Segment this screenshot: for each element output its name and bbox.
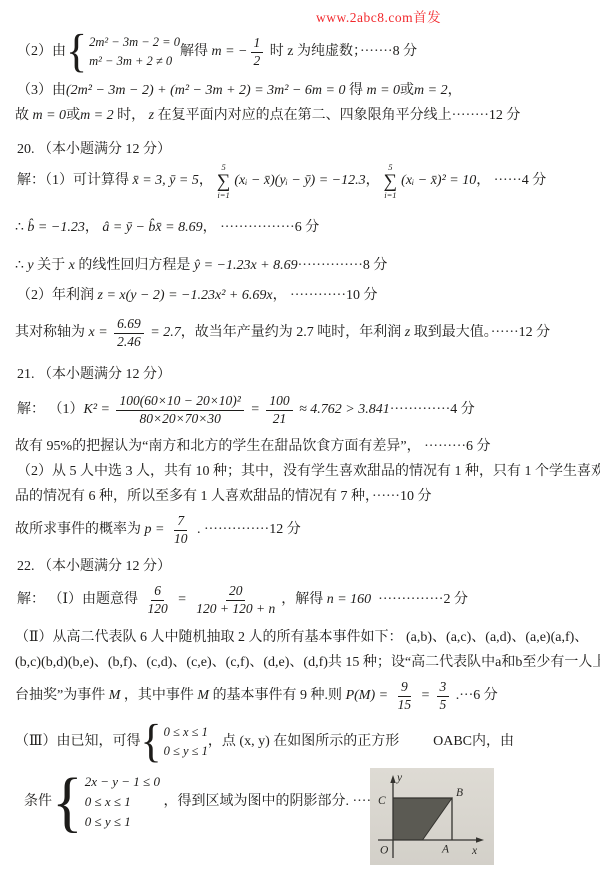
text-run: . ··············12 分 — [193, 521, 300, 539]
text-run: OABC内，由 — [433, 733, 514, 751]
q21-title: 21. （本小题满分 12 分） — [17, 364, 171, 386]
text-run: 在复平面内对应的点在第二、四象限角平分线上········12 分 — [154, 107, 520, 125]
fraction-numerator: 20 — [226, 583, 246, 600]
fraction-numerator: 3 — [437, 679, 450, 696]
fraction: 710 — [171, 513, 191, 546]
q20-line1: 解：（1）可计算得 x̄ = 3, ȳ = 5 ， 5∑i=1 (xᵢ − x̄… — [17, 162, 546, 200]
shaded-region — [393, 798, 452, 840]
text-run: .···6 分 — [452, 687, 498, 705]
math-run: P(M) = — [346, 687, 392, 705]
text-run: ∴ — [15, 219, 27, 237]
text-run: ··············2 分 — [371, 591, 468, 609]
math-run: m = − — [211, 43, 247, 61]
case-row: 0 ≤ y ≤ 1 — [164, 742, 208, 761]
fraction-numerator: 100 — [266, 393, 292, 410]
fraction-numerator: 9 — [398, 679, 411, 696]
answer-sheet-page: www.2abc8.com首发 （2）由 {2m² − 3m − 2 = 0m²… — [0, 0, 600, 892]
text-run: ，解得 — [281, 591, 327, 609]
math-run: â = ȳ − b̂x̄ = 8.69 — [102, 219, 202, 237]
sec19-line2: （2）由 {2m² − 3m − 2 = 0m² − 3m + 2 ≠ 0 解得… — [17, 33, 417, 71]
text-run: 或 — [400, 82, 414, 100]
text-run: （3）由 — [17, 82, 66, 100]
text-run: （2）年利润 — [17, 287, 98, 305]
math-run: p = — [145, 521, 168, 539]
math-run: n = 160 — [327, 591, 371, 609]
sec19-line3: （3）由 (2m² − 3m − 2) + (m² − 3m + 2) = 3m… — [17, 80, 462, 102]
math-run: (2m² − 3m − 2) + (m² − 3m + 2) = 3m² − 6… — [66, 82, 345, 100]
fraction: 10021 — [266, 393, 292, 426]
case-row: m² − 3m + 2 ≠ 0 — [89, 52, 180, 71]
q21-line4: 品的情况有 6 种，所以至多有 1 人喜欢甜品的情况有 7 种，······10… — [15, 486, 431, 508]
q20-line3: ∴ y 关于 x 的线性回归方程是 ŷ = −1.23x + 8.69 ····… — [15, 253, 387, 279]
case-row: 0 ≤ x ≤ 1 — [164, 723, 208, 742]
math-run: M — [197, 687, 209, 705]
fraction-numerator: 7 — [174, 513, 187, 530]
fraction-denominator: 2 — [251, 53, 264, 69]
sigma-icon: ∑ — [384, 172, 398, 191]
equation-system: {2x − y − 1 ≤ 00 ≤ x ≤ 10 ≤ y ≤ 1 — [52, 772, 160, 832]
text-run: 的线性回归方程是 — [75, 257, 194, 275]
q20-line4: （2）年利润 z = x(y − 2) = −1.23x² + 6.69x ， … — [17, 284, 378, 308]
brace-glyph: { — [52, 775, 83, 829]
watermark-text: www.2abc8.com首发 — [316, 6, 441, 26]
q22-line2: （Ⅱ）从高二代表队 6 人中随机抽取 2 人的所有基本事件如下： (a,b)、(… — [15, 627, 588, 649]
brace-glyph: { — [66, 34, 87, 71]
question-title: 21. （本小题满分 12 分） — [17, 366, 171, 384]
label-x-axis: x — [471, 845, 478, 857]
y-axis-arrow-icon — [390, 775, 395, 783]
equation-system: {2m² − 3m − 2 = 0m² − 3m + 2 ≠ 0 — [66, 33, 180, 71]
text-run: ， — [366, 172, 380, 190]
text-run: 解：（1）可计算得 — [17, 172, 133, 190]
text-run: 故所求事件的概率为 — [15, 521, 145, 539]
text-run: ，得到区域为图中的阴影部分. ······9 分 — [160, 793, 405, 811]
math-run: = — [417, 687, 433, 705]
math-run: z = x(y − 2) = −1.23x² + 6.69x — [98, 287, 273, 305]
figure-photo: O A B C x y — [370, 768, 494, 865]
text-run: 关于 — [34, 257, 69, 275]
math-run: M — [109, 687, 121, 705]
summation: 5∑i=1 — [217, 163, 231, 199]
sum-lower-limit: i=1 — [384, 191, 396, 200]
fraction: 35 — [437, 679, 450, 712]
q21-line3: （2）从 5 人中选 3 人，共有 10 种；其中，没有学生喜欢甜品的情况有 1… — [17, 461, 600, 483]
text-run: 解得 — [180, 43, 212, 61]
math-run: ŷ = −1.23x + 8.69 — [194, 257, 298, 275]
case-row: 0 ≤ x ≤ 1 — [85, 792, 160, 812]
text-run: （Ⅱ）从高二代表队 6 人中随机抽取 2 人的所有基本事件如下： (a,b)、(… — [15, 629, 588, 647]
case-row: 2x − y − 1 ≤ 0 — [85, 772, 160, 792]
q20-line5: 其对称轴为 x = 6.692.46 = 2.7 ，故当年产量约为 2.7 吨时… — [15, 313, 550, 353]
fraction-denominator: 21 — [270, 411, 290, 427]
math-run: (xᵢ − x̄)(yᵢ − ȳ) = −12.3 — [234, 172, 365, 190]
fraction-denominator: 120 — [145, 601, 171, 617]
text-run: ， — [448, 82, 462, 100]
text-run: （2）由 — [17, 43, 66, 61]
q22-line5: （Ⅲ）由已知，可得 {0 ≤ x ≤ 10 ≤ y ≤ 1 ，点 (x, y) … — [15, 721, 514, 763]
text-run: ∴ — [15, 257, 27, 275]
q22-line4: 台抽奖”为事件 M ，其中事件 M 的基本事件有 9 种.则 P(M) = 91… — [15, 675, 498, 717]
sigma-icon: ∑ — [217, 172, 231, 191]
text-run: 的基本事件有 9 种.则 — [209, 687, 346, 705]
text-run: ， ······4 分 — [476, 172, 546, 190]
label-y-axis: y — [396, 772, 403, 784]
math-run: m = 0 — [33, 107, 67, 125]
math-run: ≈ 4.762 > 3.841 — [296, 401, 390, 419]
text-run: （2）从 5 人中选 3 人，共有 10 种；其中，没有学生喜欢甜品的情况有 1… — [17, 463, 600, 481]
case-row: 2m² − 3m − 2 = 0 — [89, 33, 180, 52]
fraction-numerator: 6 — [151, 583, 164, 600]
text-run: 台抽奖”为事件 — [15, 687, 109, 705]
text-run: 时 z 为纯虚数；·······8 分 — [266, 43, 417, 61]
summation: 5∑i=1 — [384, 163, 398, 199]
question-title: 20. （本小题满分 12 分） — [17, 141, 171, 159]
text-run: ··············8 分 — [298, 257, 388, 275]
fraction-numerator: 100(60×10 − 20×10)² — [116, 393, 243, 410]
text-run: ， ················6 分 — [203, 219, 320, 237]
text-run: 或 — [66, 107, 80, 125]
q22-line6: 条件 {2x − y − 1 ≤ 00 ≤ x ≤ 10 ≤ y ≤ 1 ，得到… — [24, 772, 405, 832]
fraction: 6120 — [145, 583, 171, 616]
text-run: 品的情况有 6 种，所以至多有 1 人喜欢甜品的情况有 7 种，······10… — [15, 488, 431, 506]
brace-glyph: { — [141, 724, 162, 761]
q22-line3: (b,c)(b,d)(b,e)、(b,f)、(c,d)、(c,e)、(c,f)、… — [15, 652, 600, 674]
math-run: x = — [89, 324, 112, 342]
math-run: x̄ = 3, ȳ = 5 — [133, 172, 199, 190]
text-run: 故有 95%的把握认为“南方和北方的学生在甜品饮食方面有差异”， ·······… — [15, 438, 491, 456]
text-run: 条件 — [24, 793, 52, 811]
label-vertex-c: C — [378, 795, 386, 807]
math-run: b̂ = −1.23 — [27, 219, 84, 237]
label-vertex-b: B — [456, 787, 463, 799]
q21-line5: 故所求事件的概率为 p = 710 . ··············12 分 — [15, 509, 301, 551]
square-diagram: O A B C x y — [370, 768, 494, 865]
math-run: = — [174, 591, 190, 609]
math-run: (xᵢ − x̄)² = 10 — [401, 172, 476, 190]
text-run: 时， — [114, 107, 149, 125]
fraction-denominator: 120 + 120 + n — [193, 601, 278, 617]
text-run: ，其中事件 — [120, 687, 197, 705]
fraction-denominator: 5 — [437, 697, 450, 713]
text-run: ，故当年产量约为 2.7 吨时，年利润 — [181, 324, 405, 342]
math-run: = 2.7 — [147, 324, 181, 342]
text-run: 其对称轴为 — [15, 324, 89, 342]
text-run: 解： （Ⅰ）由题意得 — [17, 591, 142, 609]
fraction-denominator: 10 — [171, 531, 191, 547]
fraction: 20120 + 120 + n — [193, 583, 278, 616]
fraction-denominator: 15 — [395, 697, 415, 713]
x-axis-arrow-icon — [476, 837, 484, 842]
fraction-numerator: 1 — [251, 35, 264, 52]
q21-line2: 故有 95%的把握认为“南方和北方的学生在甜品饮食方面有差异”， ·······… — [15, 436, 491, 458]
text-run: ，点 (x, y) 在如图所示的正方形 — [208, 733, 399, 751]
fraction: 915 — [395, 679, 415, 712]
text-run: 解： （1） — [17, 401, 84, 419]
text-run: ·············4 分 — [390, 401, 475, 419]
fraction-numerator: 6.69 — [114, 316, 144, 333]
math-run: m = 2 — [414, 82, 448, 100]
text-run: （Ⅲ）由已知，可得 — [15, 733, 141, 751]
text-run: ， ············10 分 — [273, 287, 378, 305]
text-run: 取到最大值。······12 分 — [410, 324, 550, 342]
q20-title: 20. （本小题满分 12 分） — [17, 139, 171, 161]
fraction: 6.692.46 — [114, 316, 144, 349]
fraction-denominator: 2.46 — [114, 334, 144, 350]
math-run: m = 0 — [366, 82, 400, 100]
sec19-line4: 故 m = 0 或 m = 2 时， z 在复平面内对应的点在第二、四象限角平分… — [15, 105, 520, 127]
fraction-denominator: 80×20×70×30 — [137, 411, 224, 427]
text-run: 得 — [345, 82, 366, 100]
text-run: ， — [199, 172, 213, 190]
math-run: = — [247, 401, 263, 419]
math-run: m = 2 — [80, 107, 114, 125]
q22-line1: 解： （Ⅰ）由题意得 6120 = 20120 + 120 + n ，解得 n … — [17, 579, 468, 621]
case-row: 0 ≤ y ≤ 1 — [85, 812, 160, 832]
q21-line1: 解： （1） K² = 100(60×10 − 20×10)²80×20×70×… — [17, 388, 475, 432]
text-run: (b,c)(b,d)(b,e)、(b,f)、(c,d)、(c,e)、(c,f)、… — [15, 654, 600, 672]
label-vertex-a: A — [441, 844, 450, 856]
fraction: 12 — [251, 35, 264, 68]
q22-title: 22. （本小题满分 12 分） — [17, 556, 171, 578]
sum-lower-limit: i=1 — [217, 191, 229, 200]
label-origin: O — [380, 845, 389, 857]
equation-system: {0 ≤ x ≤ 10 ≤ y ≤ 1 — [141, 723, 208, 761]
fraction: 100(60×10 − 20×10)²80×20×70×30 — [116, 393, 243, 426]
text-run: ， — [85, 219, 103, 237]
q20-line2: ∴ b̂ = −1.23 ， â = ȳ − b̂x̄ = 8.69 ， ···… — [15, 214, 319, 242]
text-run: 故 — [15, 107, 33, 125]
question-title: 22. （本小题满分 12 分） — [17, 558, 171, 576]
math-run: K² = — [84, 401, 114, 419]
